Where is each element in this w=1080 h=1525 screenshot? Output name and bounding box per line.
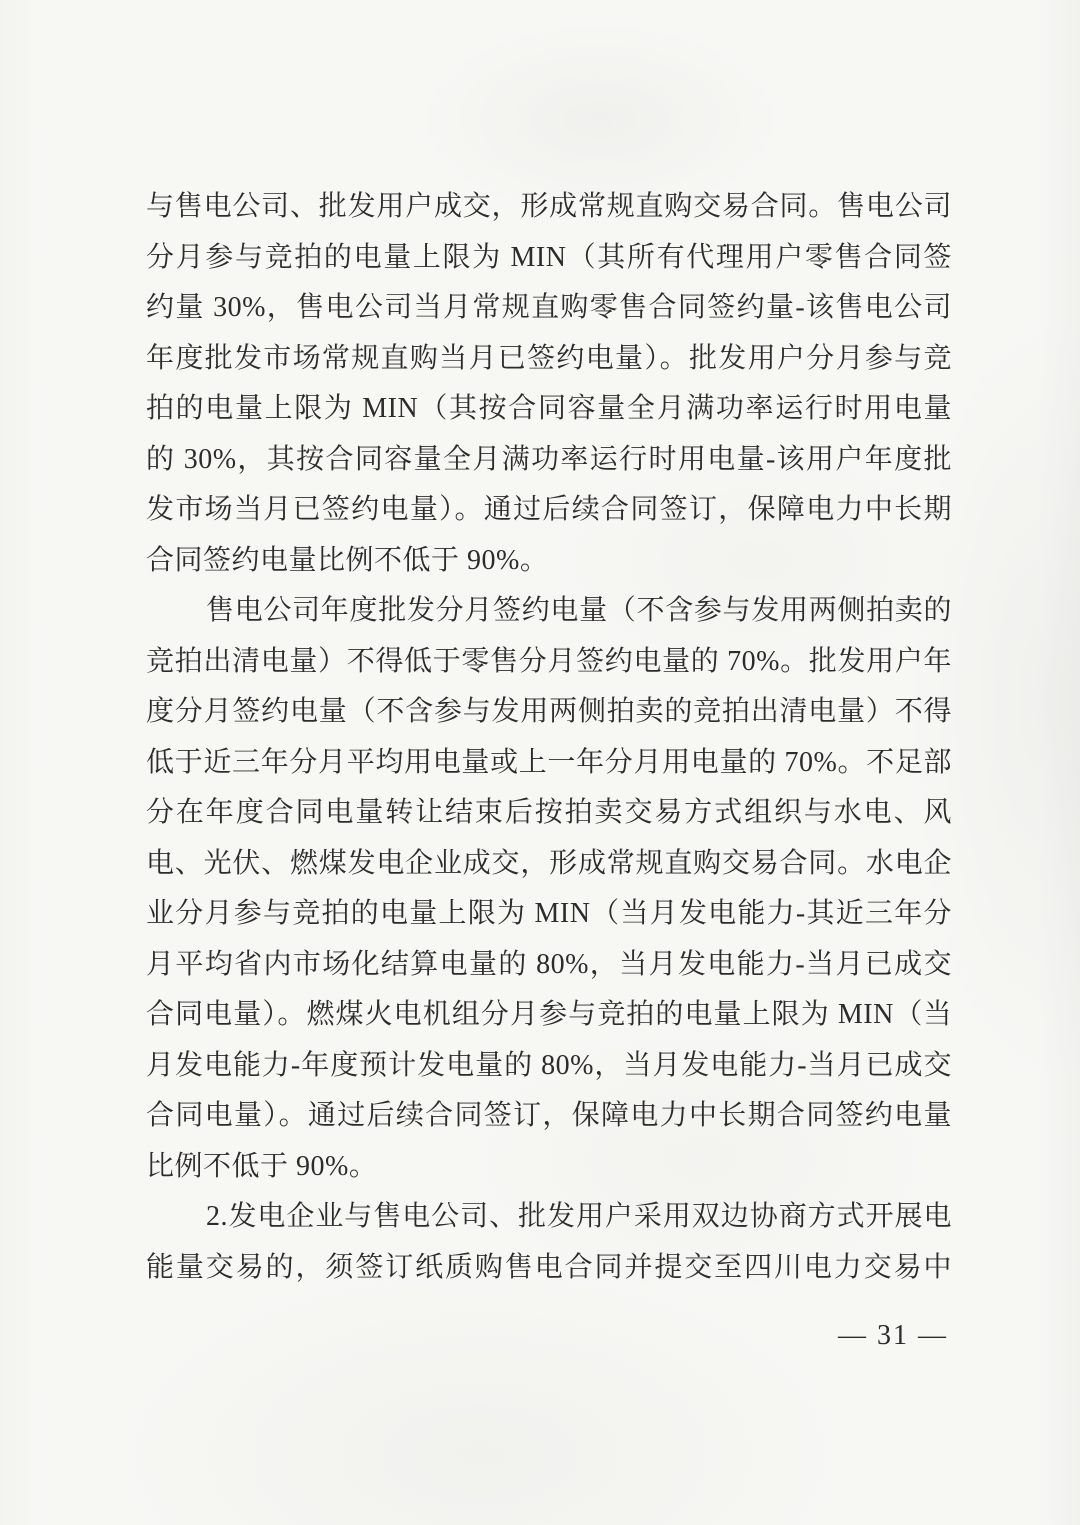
page-number: — 31 — xyxy=(838,1320,948,1352)
text-line: 能量交易的，须签订纸质购售电合同并提交至四川电力交易中 xyxy=(146,1243,952,1294)
text-line: 与售电公司、批发用户成交，形成常规直购交易合同。售电公司 xyxy=(146,182,952,233)
text-line: 月发电能力-年度预计发电量的 80%，当月发电能力-当月已成交 xyxy=(146,1041,952,1092)
text-line: 竞拍出清电量）不得低于零售分月签约电量的 70%。批发用户年 xyxy=(146,637,952,688)
text-line: 发市场当月已签约电量）。通过后续合同签订，保障电力中长期 xyxy=(146,485,952,536)
text-line: 合同签约电量比例不低于 90%。 xyxy=(146,536,952,587)
text-line: 电、光伏、燃煤发电企业成交，形成常规直购交易合同。水电企 xyxy=(146,839,952,890)
text-line: 合同电量）。通过后续合同签订，保障电力中长期合同签约电量 xyxy=(146,1091,952,1142)
text-line: 比例不低于 90%。 xyxy=(146,1142,952,1193)
text-line: 拍的电量上限为 MIN（其按合同容量全月满功率运行时用电量 xyxy=(146,384,952,435)
text-line: 月平均省内市场化结算电量的 80%，当月发电能力-当月已成交 xyxy=(146,940,952,991)
document-page: 与售电公司、批发用户成交，形成常规直购交易合同。售电公司 分月参与竞拍的电量上限… xyxy=(0,0,1080,1525)
text-line: 合同电量）。燃煤火电机组分月参与竞拍的电量上限为 MIN（当 xyxy=(146,990,952,1041)
text-line: 约量 30%，售电公司当月常规直购零售合同签约量-该售电公司 xyxy=(146,283,952,334)
text-line: 的 30%，其按合同容量全月满功率运行时用电量-该用户年度批 xyxy=(146,435,952,486)
text-line: 分月参与竞拍的电量上限为 MIN（其所有代理用户零售合同签 xyxy=(146,233,952,284)
text-line: 分在年度合同电量转让结束后按拍卖交易方式组织与水电、风 xyxy=(146,788,952,839)
body-text: 与售电公司、批发用户成交，形成常规直购交易合同。售电公司 分月参与竞拍的电量上限… xyxy=(146,182,952,1293)
text-line paragraph-start: 2.发电企业与售电公司、批发用户采用双边协商方式开展电 xyxy=(146,1192,952,1243)
text-line: 年度批发市场常规直购当月已签约电量）。批发用户分月参与竞 xyxy=(146,334,952,385)
text-line paragraph-start: 售电公司年度批发分月签约电量（不含参与发用两侧拍卖的 xyxy=(146,586,952,637)
text-line: 业分月参与竞拍的电量上限为 MIN（当月发电能力-其近三年分 xyxy=(146,889,952,940)
text-line: 度分月签约电量（不含参与发用两侧拍卖的竞拍出清电量）不得 xyxy=(146,687,952,738)
text-line: 低于近三年分月平均用电量或上一年分月用电量的 70%。不足部 xyxy=(146,738,952,789)
